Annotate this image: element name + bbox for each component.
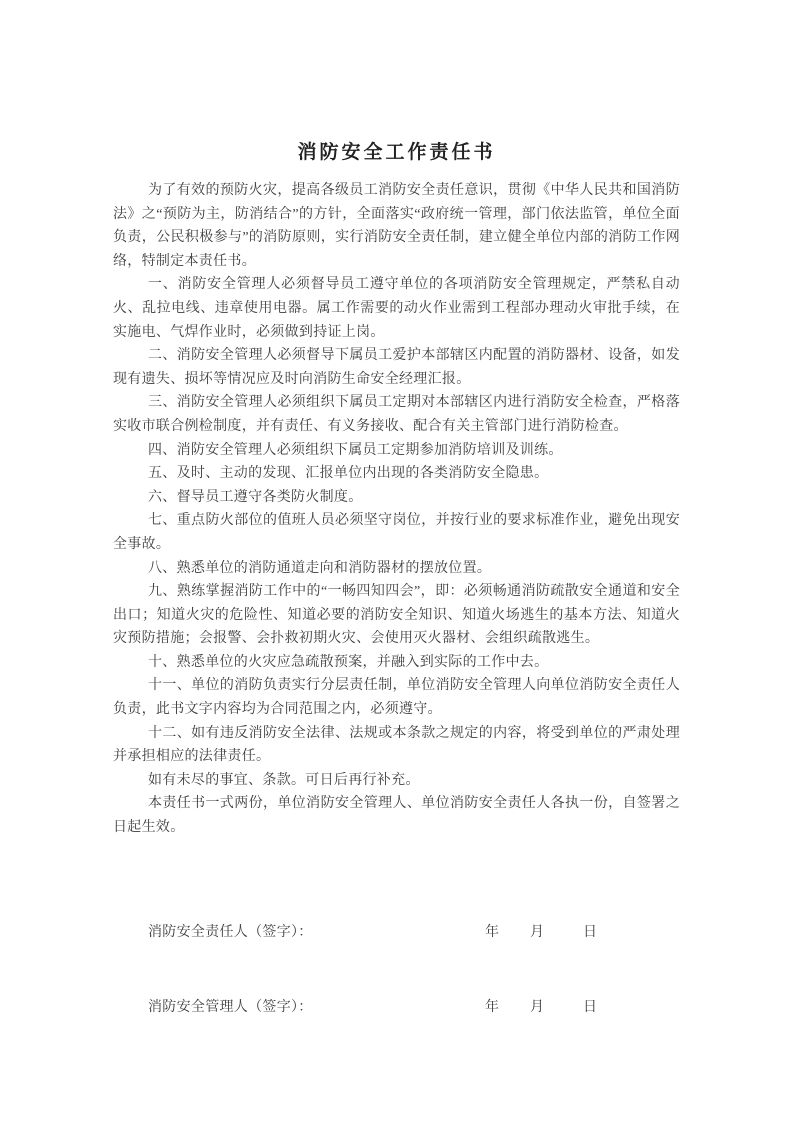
clause-4: 四、消防安全管理人必须组织下属员工定期参加消防培训及训练。 xyxy=(113,439,680,463)
clause-10: 十、熟悉单位的火灾应急疏散预案，并融入到实际的工作中去。 xyxy=(113,651,680,675)
document-title: 消防安全工作责任书 xyxy=(113,139,680,167)
clause-1: 一、消防安全管理人必须督导员工遵守单位的各项消防安全管理规定，严禁私自动火、乱拉… xyxy=(113,273,680,344)
intro-paragraph: 为了有效的预防火灾，提高各级员工消防安全责任意识，贯彻《中华人民共和国消防法》之… xyxy=(113,179,680,273)
clause-5: 五、及时、主动的发现、汇报单位内出现的各类消防安全隐患。 xyxy=(113,462,680,486)
document-content: 消防安全工作责任书 为了有效的预防火灾，提高各级员工消防安全责任意识，贯彻《中华… xyxy=(113,0,680,1013)
day-label: 日 xyxy=(583,921,597,941)
clause-9: 九、熟练掌握消防工作中的“一畅四知四会”，即：必须畅通消防疏散安全通道和安全出口… xyxy=(113,580,680,651)
clause-7: 七、重点防火部位的值班人员必须坚守岗位，并按行业的要求标准作业，避免出现安全事故… xyxy=(113,509,680,556)
safety-manager-signature-label: 消防安全管理人（签字）： xyxy=(148,996,313,1016)
clause-11: 十一、单位的消防负责实行分层责任制，单位消防安全管理人向单位消防安全责任人负责，… xyxy=(113,674,680,721)
clause-3: 三、消防安全管理人必须组织下属员工定期对本部辖区内进行消防安全检查，严格落实收市… xyxy=(113,391,680,438)
signature-section: 消防安全责任人（签字）： 年 月 日 消防安全管理人（签字）： 年 月 日 xyxy=(113,921,680,1013)
clause-6: 六、督导员工遵守各类防火制度。 xyxy=(113,486,680,510)
month-label: 月 xyxy=(530,996,544,1016)
signature-row-responsible-person: 消防安全责任人（签字）： 年 月 日 xyxy=(113,921,680,938)
year-label: 年 xyxy=(485,921,499,941)
signature-row-safety-manager: 消防安全管理人（签字）： 年 月 日 xyxy=(113,996,680,1013)
document-body: 为了有效的预防火灾，提高各级员工消防安全责任意识，贯彻《中华人民共和国消防法》之… xyxy=(113,179,680,840)
year-label: 年 xyxy=(485,996,499,1016)
responsible-person-signature-label: 消防安全责任人（签字）： xyxy=(148,921,313,941)
clause-2: 二、消防安全管理人必须督导下属员工爱护本部辖区内配置的消防器材、设备，如发现有遗… xyxy=(113,344,680,391)
document-page: 消防安全工作责任书 为了有效的预防火灾，提高各级员工消防安全责任意识，贯彻《中华… xyxy=(0,0,793,1122)
month-label: 月 xyxy=(530,921,544,941)
closing-paragraph: 本责任书一式两份，单位消防安全管理人、单位消防安全责任人各执一份，自签署之日起生… xyxy=(113,792,680,839)
clause-12: 十二、如有违反消防安全法律、法规或本条款之规定的内容，将受到单位的严肃处理并承担… xyxy=(113,722,680,769)
supplement-note: 如有未尽的事宜、条款。可日后再行补充。 xyxy=(113,769,680,793)
clause-8: 八、熟悉单位的消防通道走向和消防器材的摆放位置。 xyxy=(113,557,680,581)
day-label: 日 xyxy=(583,996,597,1016)
